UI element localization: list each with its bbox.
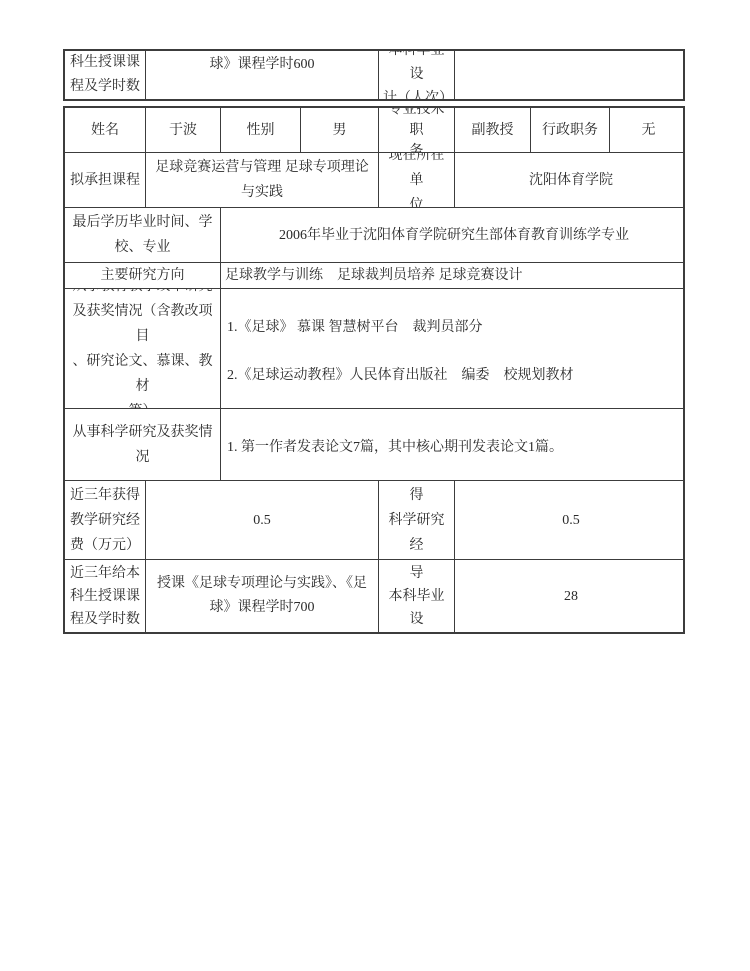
recent-course-label-cell: 近三年给本 科生授课课 程及学时数: [65, 560, 145, 632]
science-research-label-cell: 从事科学研究及获奖情 况: [65, 409, 220, 480]
science-research-item: 1. 第一作者发表论文7篇，其中核心期刊发表论文1篇。: [227, 436, 681, 459]
table-row-research-direction: 主要研究方向 足球教学与训练 足球裁判员培养 足球竞赛设计: [65, 262, 683, 288]
name-value-cell: 于波: [145, 108, 220, 152]
table-row-teaching-reform: 从事教育教学改革研究 及获奖情况（含教改项目 、研究论文、慕课、教材 等） 1.…: [65, 288, 683, 408]
science-research-value-cell: 1. 第一作者发表论文7篇，其中核心期刊发表论文1篇。 2. 主持完成省部一级课…: [220, 409, 687, 480]
science-funding-label-cell: 近三年获得 科学研究经 费（万元）: [378, 481, 454, 559]
prev-design-label-cell: 本科毕业设 计（人次）: [378, 51, 454, 99]
courses-label-cell: 拟承担课程: [65, 153, 145, 207]
teaching-reform-value-cell: 1.《足球》 慕课 智慧树平台 裁判员部分 2.《足球运动教程》人民体育出版社 …: [220, 289, 687, 408]
gender-value-cell: 男: [300, 108, 378, 152]
table-row-science-research: 从事科学研究及获奖情 况 1. 第一作者发表论文7篇，其中核心期刊发表论文1篇。…: [65, 408, 683, 480]
prev-design-value-cell: [454, 51, 687, 99]
recent-guide-label-cell: 近三年指导 本科毕业设 计（人次）: [378, 560, 454, 632]
prev-course-label-cell: 科生授课课 程及学时数: [65, 51, 145, 99]
education-value-cell: 2006年毕业于沈阳体育学院研究生部体育教育训练学专业: [220, 208, 687, 262]
recent-guide-value-cell: 28: [454, 560, 687, 632]
table-row-education: 最后学历毕业时间、学 校、专业 2006年毕业于沈阳体育学院研究生部体育教育训练…: [65, 207, 683, 262]
admin-value-cell: 无: [609, 108, 687, 152]
research-direction-label-cell: 主要研究方向: [65, 263, 220, 288]
document-page: 科生授课课 程及学时数 球》课程学时600 本科毕业设 计（人次） 姓名 于波 …: [0, 0, 750, 971]
unit-value-cell: 沈阳体育学院: [454, 153, 687, 207]
table-row: 科生授课课 程及学时数 球》课程学时600 本科毕业设 计（人次）: [65, 51, 683, 99]
table-row-basic: 姓名 于波 性别 男 专业技术职 务 副教授 行政职务 无: [65, 108, 683, 152]
education-label-cell: 最后学历毕业时间、学 校、专业: [65, 208, 220, 262]
prev-course-value-cell: 球》课程学时600: [145, 51, 378, 99]
teaching-reform-item: 1.《足球》 慕课 智慧树平台 裁判员部分: [227, 316, 681, 339]
research-direction-value-cell: 足球教学与训练 足球裁判员培养 足球竞赛设计: [220, 263, 687, 288]
teaching-funding-label-cell: 近三年获得 教学研究经 费（万元）: [65, 481, 145, 559]
admin-label-cell: 行政职务: [530, 108, 609, 152]
table-row-courses: 拟承担课程 足球竞赛运营与管理 足球专项理论 与实践 现在所在单 位 沈阳体育学…: [65, 152, 683, 207]
gender-label-cell: 性别: [220, 108, 300, 152]
teaching-funding-value-cell: 0.5: [145, 481, 378, 559]
table-continuation-block: 科生授课课 程及学时数 球》课程学时600 本科毕业设 计（人次）: [63, 49, 685, 101]
title-label-cell: 专业技术职 务: [378, 108, 454, 152]
teaching-reform-item: 2.《足球运动教程》人民体育出版社 编委 校规划教材: [227, 364, 681, 387]
name-label-cell: 姓名: [65, 108, 145, 152]
science-funding-value-cell: 0.5: [454, 481, 687, 559]
teaching-reform-label-cell: 从事教育教学改革研究 及获奖情况（含教改项目 、研究论文、慕课、教材 等）: [65, 289, 220, 408]
unit-label-cell: 现在所在单 位: [378, 153, 454, 207]
table-row-funding: 近三年获得 教学研究经 费（万元） 0.5 近三年获得 科学研究经 费（万元） …: [65, 480, 683, 559]
faculty-info-table: 姓名 于波 性别 男 专业技术职 务 副教授 行政职务 无 拟承担课程 足球竞赛…: [63, 106, 685, 634]
courses-value-cell: 足球竞赛运营与管理 足球专项理论 与实践: [145, 153, 378, 207]
table-row-recent: 近三年给本 科生授课课 程及学时数 授课《足球专项理论与实践》、《足 球》课程学…: [65, 559, 683, 632]
title-value-cell: 副教授: [454, 108, 530, 152]
recent-course-value-cell: 授课《足球专项理论与实践》、《足 球》课程学时700: [145, 560, 378, 632]
